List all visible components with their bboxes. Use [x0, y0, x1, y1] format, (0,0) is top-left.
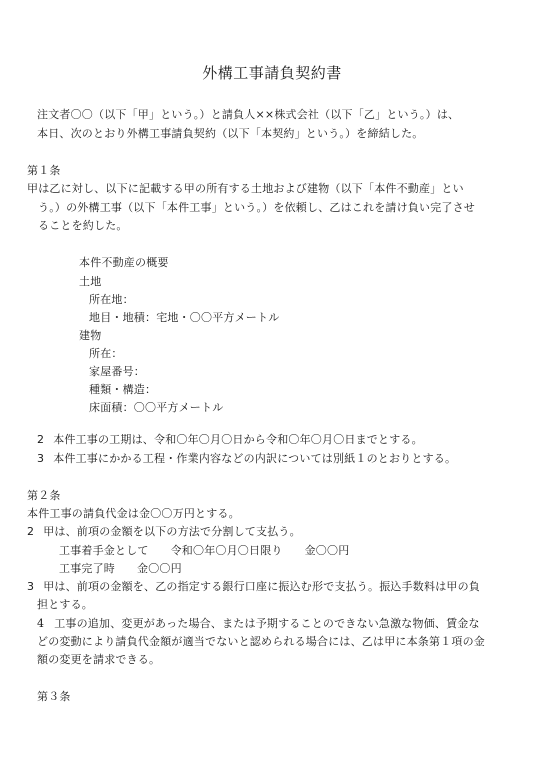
land-location: 所在地：	[89, 293, 134, 307]
preamble-line-1: 注文者〇〇（以下「甲」という。）と請負人××株式会社（以下「乙」という。）は、	[37, 108, 459, 122]
preamble-line-2: 本日、次のとおり外構工事請負契約（以下「本契約」という。）を締結した。	[37, 127, 424, 141]
article-1-body-line-1: 甲は乙に対し、以下に記載する甲の所有する土地および建物（以下「本件不動産」とい	[27, 182, 464, 196]
article-2-heading: 第２条	[27, 489, 61, 503]
article-2-clause-4-line-3: 額の変更を請求できる。	[37, 653, 160, 667]
document-page: 外構工事請負契約書 注文者〇〇（以下「甲」という。）と請負人××株式会社（以下「…	[0, 0, 544, 774]
article-1-body-line-3: ることを約した。	[38, 219, 128, 233]
article-1-clause-2: 2本件工事の工期は、令和〇年〇月〇日から令和〇年〇月〇日までとする。	[37, 433, 423, 447]
article-1-heading: 第１条	[27, 164, 61, 178]
payment-label: 工事完了時	[59, 562, 115, 575]
clause-text: 本件工事にかかる工程・作業内容などの内訳については別紙１のとおりとする。	[53, 452, 456, 465]
document-title: 外構工事請負契約書	[0, 64, 544, 82]
article-2-clause-3-line-1: 3甲は、前項の金額を、乙の指定する銀行口座に振込む形で支払う。振込手数料は甲の負	[27, 580, 480, 594]
clause-text: 本件工事の工期は、令和〇年〇月〇日から令和〇年〇月〇日までとする。	[53, 433, 423, 446]
payment-label: 工事着手金として	[59, 544, 149, 557]
article-2-clause-4-line-1: 4工事の追加、変更があった場合、または予期することのできない急激な物価、賃金な	[37, 617, 480, 631]
article-2-clause-2: 2甲は、前項の金額を以下の方法で分割して支払う。	[27, 525, 301, 539]
building-heading: 建物	[79, 329, 101, 343]
clause-number: 2	[27, 525, 34, 538]
payment-amount: 金〇〇円	[305, 544, 350, 557]
article-1-clause-3: 3本件工事にかかる工程・作業内容などの内訳については別紙１のとおりとする。	[37, 452, 456, 466]
building-number: 家屋番号：	[89, 365, 145, 379]
payment-row-2: 工事完了時金〇〇円	[59, 562, 182, 576]
clause-text: 甲は、前項の金額を以下の方法で分割して支払う。	[43, 525, 301, 538]
land-heading: 土地	[79, 275, 101, 289]
clause-number: 2	[37, 433, 44, 446]
building-type-structure: 種類・構造：	[89, 383, 156, 397]
land-category-area: 地目・地積：宅地・〇〇平方メートル	[89, 311, 279, 325]
clause-number: 3	[37, 452, 44, 465]
clause-text: 工事の追加、変更があった場合、または予期することのできない急激な物価、賃金な	[54, 617, 480, 630]
article-2-body: 本件工事の請負代金は金〇〇万円とする。	[27, 507, 240, 521]
property-overview-heading: 本件不動産の概要	[79, 256, 169, 270]
building-location: 所在：	[89, 347, 123, 361]
article-1-body-line-2: う。）の外構工事（以下「本件工事」という。）を依頼し、乙はこれを請け負い完了させ	[38, 201, 475, 215]
clause-text: 甲は、前項の金額を、乙の指定する銀行口座に振込む形で支払う。振込手数料は甲の負	[43, 580, 480, 593]
article-2-clause-4-line-2: どの変動により請負代金額が適当でないと認められる場合には、乙は甲に本条第１項の金	[37, 635, 485, 649]
clause-number: 3	[27, 580, 34, 593]
payment-amount: 金〇〇円	[137, 562, 182, 575]
payment-date: 令和〇年〇月〇日限り	[171, 544, 283, 557]
clause-number: 4	[37, 617, 44, 630]
building-floor-area: 床面積：〇〇平方メートル	[89, 401, 223, 415]
article-3-heading: 第３条	[37, 690, 71, 704]
article-2-clause-3-line-2: 担とする。	[37, 598, 93, 612]
payment-row-1: 工事着手金として令和〇年〇月〇日限り金〇〇円	[59, 544, 349, 558]
